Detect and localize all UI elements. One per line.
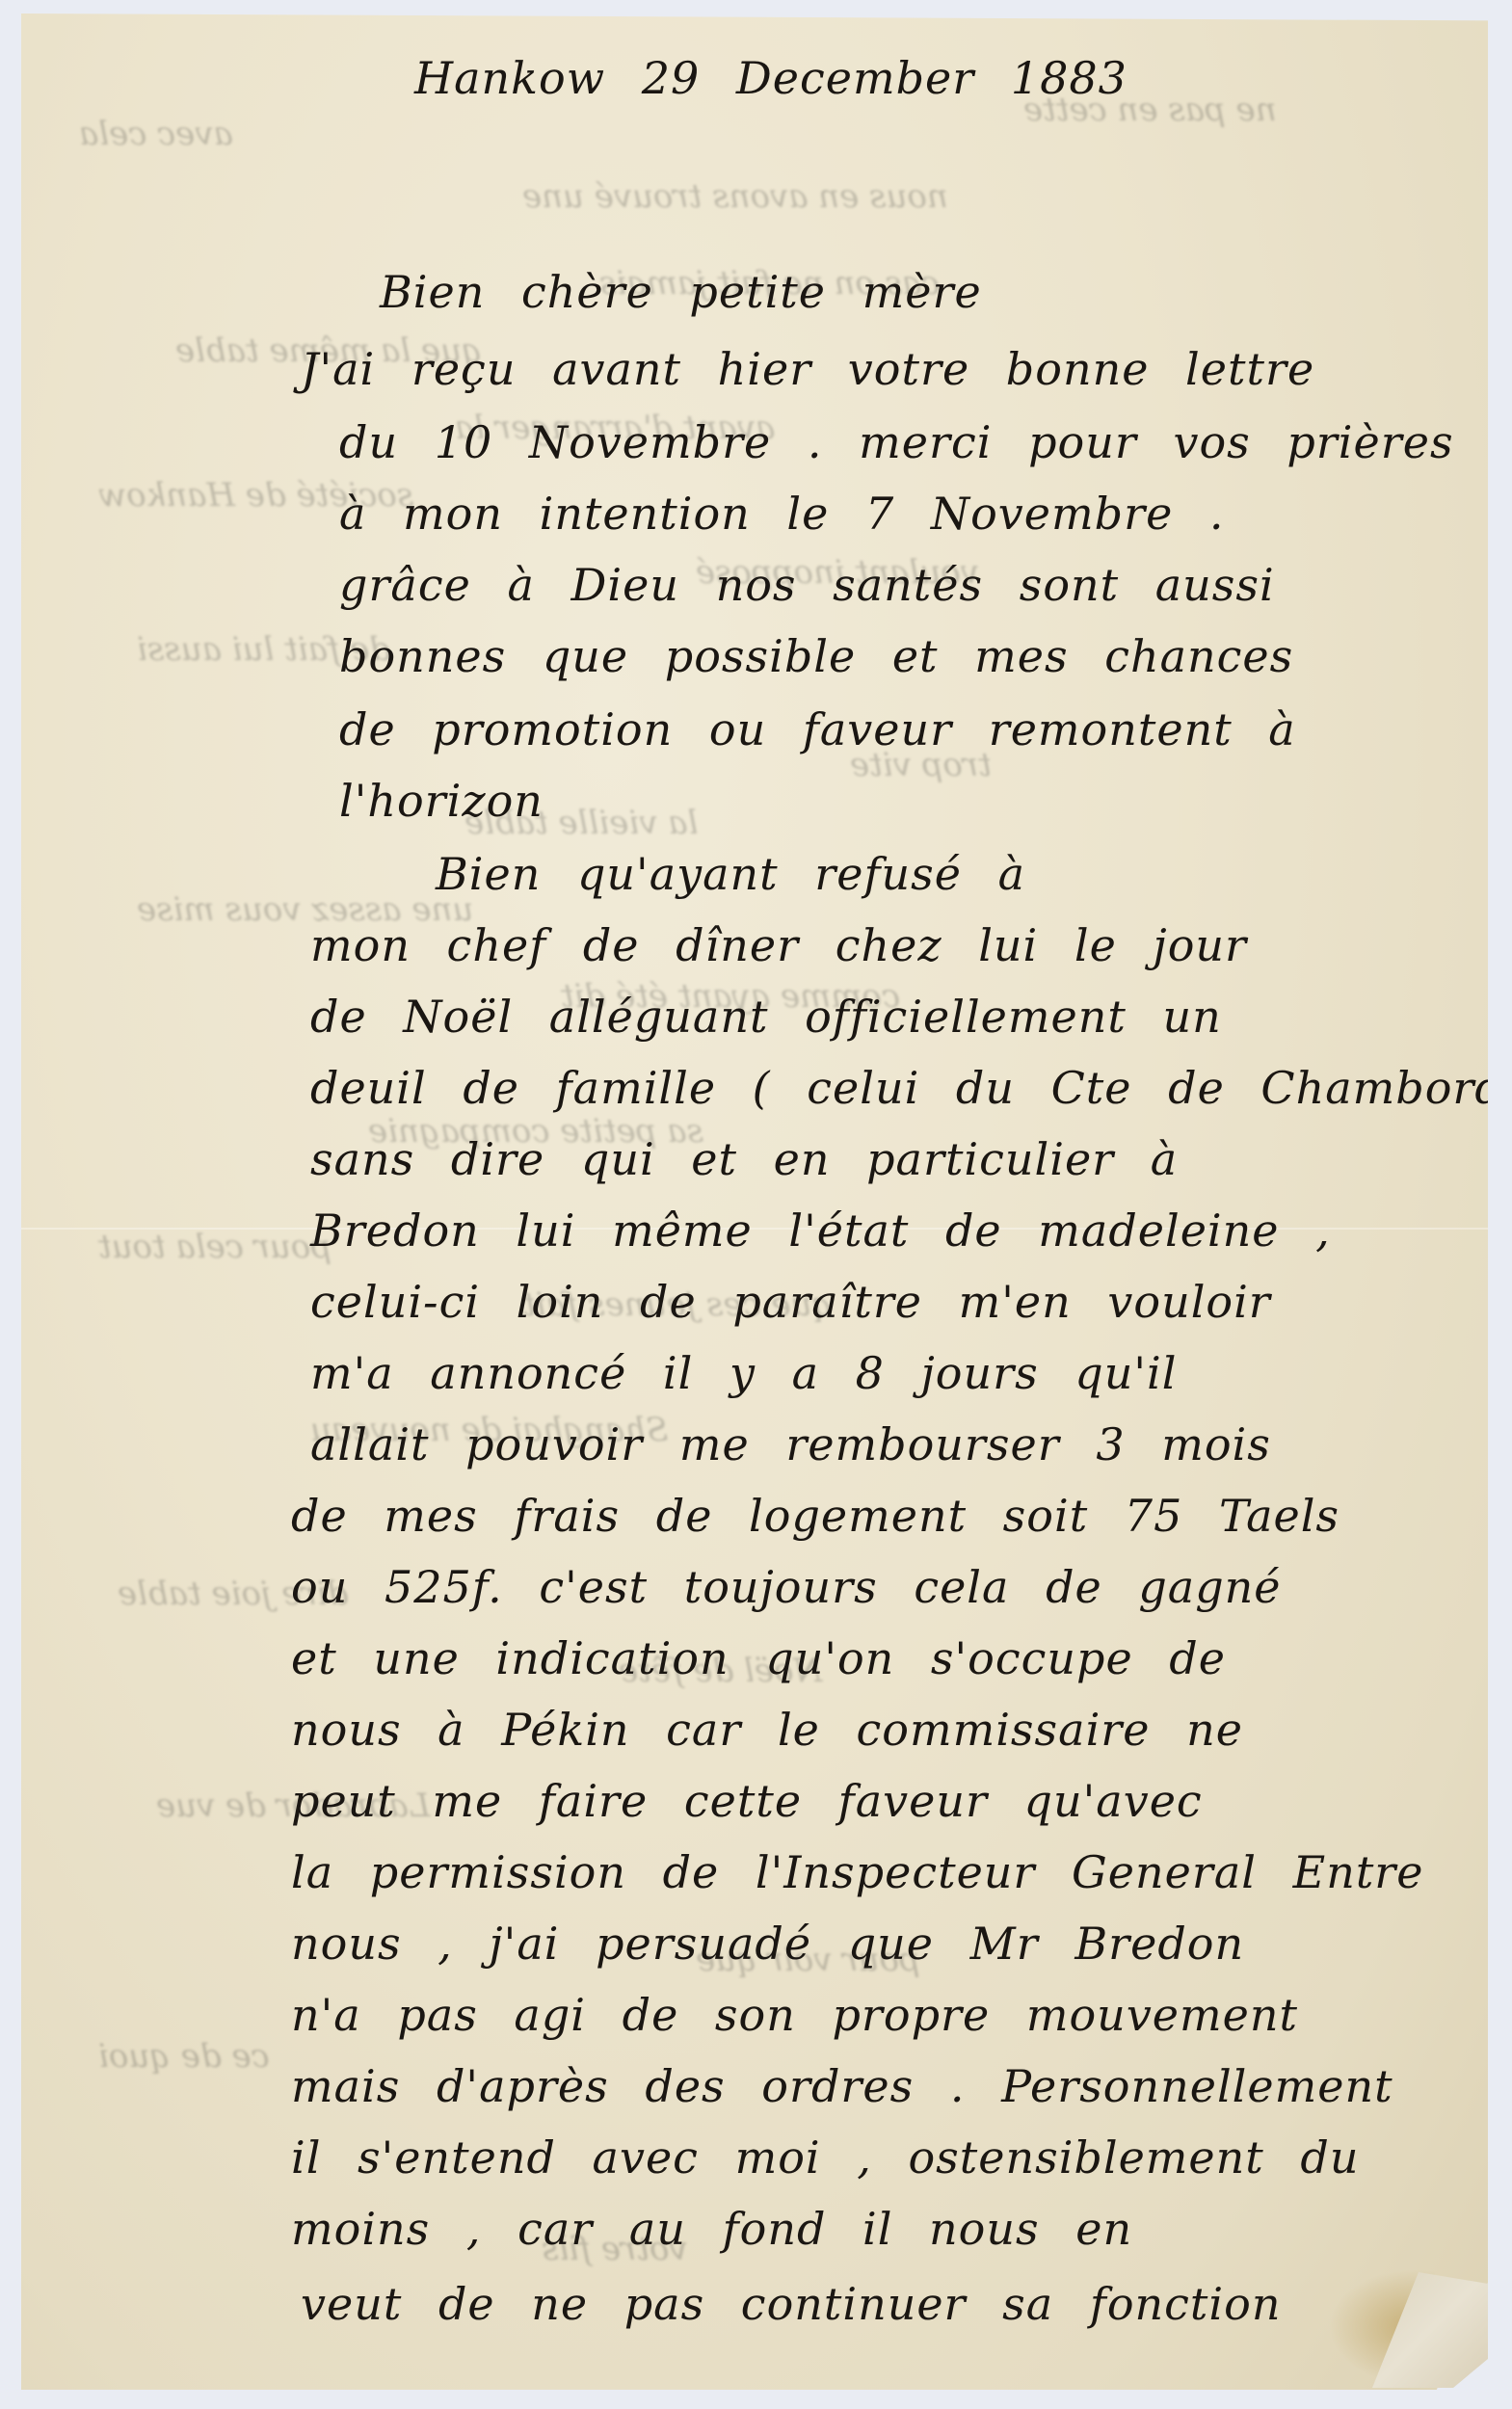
letter-line: de mes frais de logement soit 75 Taels bbox=[291, 1490, 1340, 1542]
letter-line: et une indication qu'on s'occupe de bbox=[291, 1632, 1226, 1684]
letter-line: n'a pas agi de son propre mouvement bbox=[291, 1989, 1298, 2041]
letter-page: ne pas en cette avec cela nous en avons … bbox=[21, 13, 1488, 2390]
letter-line: veut de ne pas continuer sa fonction bbox=[301, 2278, 1281, 2330]
letter-line: nous , j'ai persuadé que Mr Bredon bbox=[291, 1918, 1244, 1970]
letter-line: de Noël alléguant officiellement un bbox=[310, 991, 1222, 1043]
letter-line: mais d'après des ordres . Personnellemen… bbox=[291, 2060, 1393, 2112]
letter-line: bonnes que possible et mes chances bbox=[339, 630, 1293, 682]
letter-line: Bredon lui même l'état de madeleine , bbox=[310, 1204, 1331, 1257]
letter-line: à mon intention le 7 Novembre . bbox=[339, 488, 1225, 540]
dateline: Hankow 29 December 1883 bbox=[414, 52, 1127, 104]
letter-line: mon chef de dîner chez lui le jour bbox=[310, 919, 1247, 971]
bleed-through-text: ce de quoi bbox=[98, 2037, 270, 2076]
letter-line: moins , car au fond il nous en bbox=[291, 2203, 1132, 2255]
bleed-through-text: avec cela bbox=[79, 115, 233, 153]
letter-line: il s'entend avec moi , ostensiblement du bbox=[291, 2131, 1359, 2184]
letter-line: sans dire qui et en particulier à bbox=[310, 1133, 1178, 1185]
letter-line: celui-ci loin de paraître m'en vouloir bbox=[310, 1276, 1271, 1328]
letter-line: l'horizon bbox=[339, 775, 544, 827]
letter-line: ou 525f. c'est toujours cela de gagné bbox=[291, 1561, 1282, 1613]
letter-line: nous à Pékin car le commissaire ne bbox=[291, 1704, 1243, 1756]
letter-line: m'a annoncé il y a 8 jours qu'il bbox=[310, 1347, 1177, 1399]
letter-line: Bien qu'ayant refusé à bbox=[436, 848, 1025, 900]
bleed-through-text: pour cela tout bbox=[98, 1228, 332, 1266]
letter-line: deuil de famille ( celui du Cte de Chamb… bbox=[310, 1062, 1512, 1114]
bleed-through-text: nous en avons trouvé une bbox=[522, 177, 948, 216]
salutation: Bien chère petite mère bbox=[380, 266, 982, 318]
letter-line: la permission de l'Inspecteur General En… bbox=[291, 1846, 1424, 1898]
letter-line: de promotion ou faveur remontent à bbox=[339, 703, 1296, 755]
letter-line: peut me faire cette faveur qu'avec bbox=[291, 1775, 1203, 1827]
letter-line: allait pouvoir me rembourser 3 mois bbox=[310, 1418, 1271, 1470]
letter-line: J'ai reçu avant hier votre bonne lettre bbox=[301, 343, 1314, 395]
letter-line: du 10 Novembre . merci pour vos prières bbox=[339, 416, 1454, 468]
letter-line: grâce à Dieu nos santés sont aussi bbox=[339, 559, 1275, 611]
